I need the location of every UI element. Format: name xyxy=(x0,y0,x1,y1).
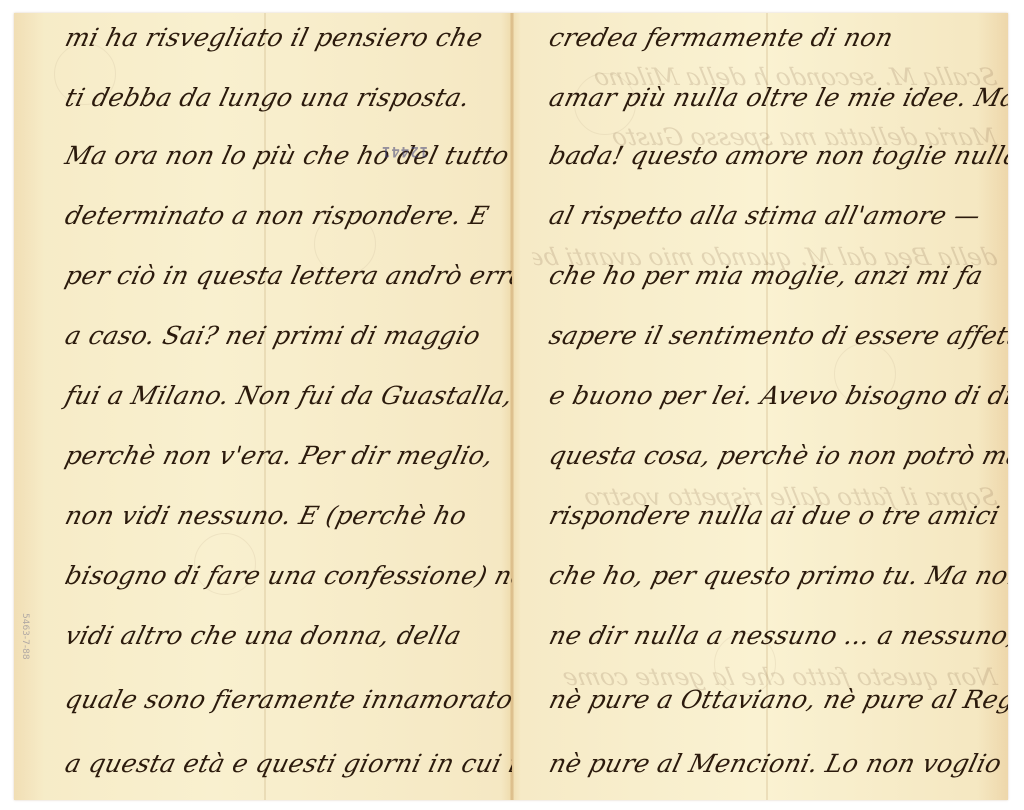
handwritten-line: ti debba da lungo una risposta. xyxy=(14,83,512,143)
handwritten-line: rispondere nulla ai due o tre amici veri xyxy=(512,501,1008,561)
handwritten-line: quale sono fieramente innamorato xyxy=(14,685,512,745)
handwritten-line: credea fermamente di non xyxy=(512,23,1008,83)
handwritten-line: bisogno di fare una confessione) non xyxy=(14,561,512,621)
handwritten-line: nè pure al Mencioni. Lo non voglio xyxy=(512,749,1008,800)
right-page: credea fermamente di non amar più nulla … xyxy=(512,13,1008,800)
handwritten-line: Ma ora non lo più che ho del tutto xyxy=(14,141,512,201)
letter-sheet: Scalla M. secondo h della Milano Maria d… xyxy=(14,13,1008,800)
left-page: mi ha risvegliato il pensiero che ti deb… xyxy=(14,13,512,800)
handwritten-line: perchè non v'era. Per dir meglio, xyxy=(14,441,512,501)
handwritten-line: amar più nulla oltre le mie idee. Ma xyxy=(512,83,1008,143)
handwritten-line: questa cosa, perchè io non potrò mandare… xyxy=(512,441,1008,501)
handwritten-line: fui a Milano. Non fui da Guastalla, xyxy=(14,381,512,441)
handwritten-line: bada! questo amore non toglie nulla xyxy=(512,141,1008,201)
handwritten-line: vidi altro che una donna, della xyxy=(14,621,512,681)
handwritten-line: per ciò in questa lettera andrò errando xyxy=(14,261,512,321)
handwritten-line: che ho per mia moglie, anzi mi fa xyxy=(512,261,1008,321)
handwritten-line: a questa età e questi giorni in cui io xyxy=(14,749,512,800)
archive-side-mark: 5463-7-88 xyxy=(20,613,30,660)
handwritten-line: nè pure a Ottaviano, nè pure al Rege, xyxy=(512,685,1008,745)
handwritten-line: sapere il sentimento di essere affettuos… xyxy=(512,321,1008,381)
handwritten-line: al rispetto alla stima all'amore — xyxy=(512,201,1008,261)
handwritten-line: e buono per lei. Avevo bisogno di dire t… xyxy=(512,381,1008,441)
handwritten-line: ne dir nulla a nessuno ... a nessuno, ba… xyxy=(512,621,1008,681)
handwritten-line: mi ha risvegliato il pensiero che xyxy=(14,23,512,83)
handwritten-line: non vidi nessuno. E (perchè ho xyxy=(14,501,512,561)
archive-stamp: 12441 xyxy=(381,143,428,159)
handwritten-line: che ho, per questo primo tu. Ma non xyxy=(512,561,1008,621)
handwritten-line: determinato a non rispondere. E xyxy=(14,201,512,261)
handwritten-line: a caso. Sai? nei primi di maggio xyxy=(14,321,512,381)
